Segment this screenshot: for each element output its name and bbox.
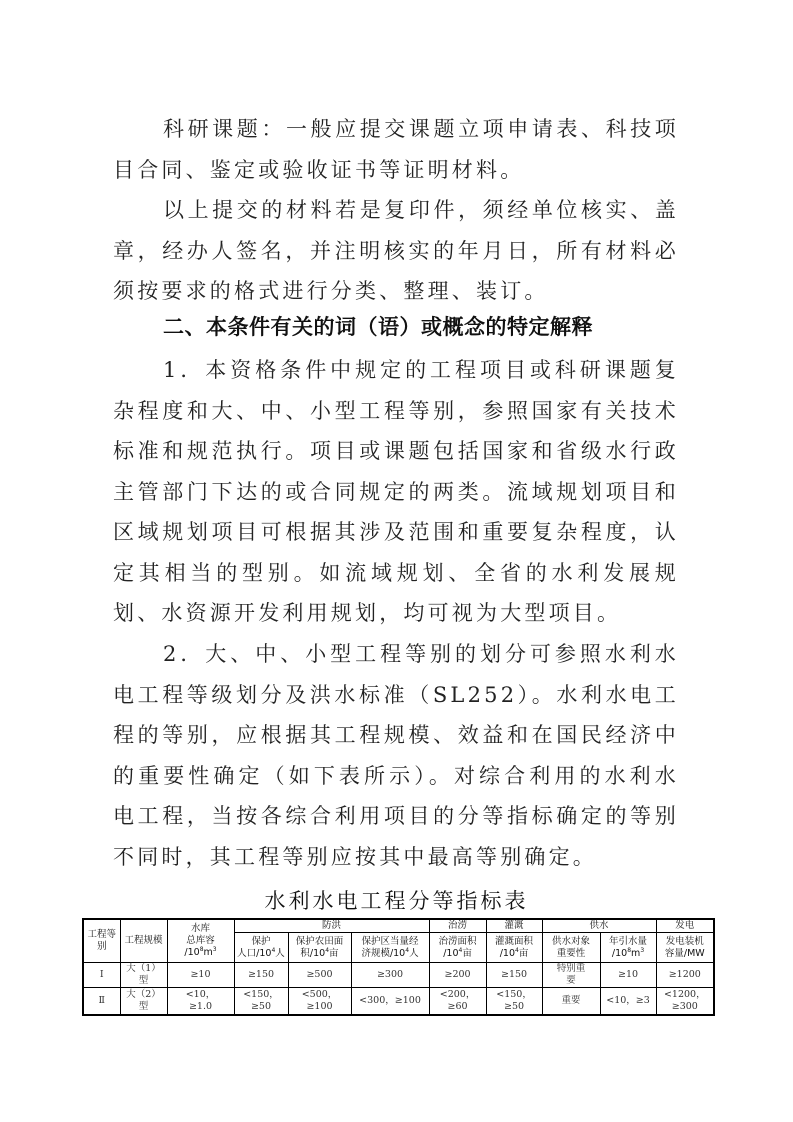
cell-grade: Ⅰ xyxy=(83,963,120,988)
header-reservoir: 水库 总库容 /108m3 xyxy=(167,919,234,963)
header-row-groups: 工程等别 工程规模 水库 总库容 /108m3 防洪 治涝 灌溉 供水 发电 xyxy=(83,919,714,933)
paragraph-copy-verification: 以上提交的材料若是复印件，须经单位核实、盖章，经办人签名，并注明核实的年月日，所… xyxy=(113,190,679,312)
document-page: 科研课题：一般应提交课题立项申请表、科技项目合同、鉴定或验收证书等证明材料。 以… xyxy=(0,0,793,1122)
header-flood-control: 防洪 xyxy=(234,919,429,933)
header-protected-farmland: 保护农田面 积/104亩 xyxy=(288,933,351,963)
header-supply-importance: 供水对象 重要性 xyxy=(542,933,600,963)
cell-installed-capacity: <1200，≥300 xyxy=(656,988,714,1016)
header-irrigation: 灌溉 xyxy=(486,919,542,933)
cell-protected-economy: <300，≥100 xyxy=(351,988,429,1016)
header-scale: 工程规模 xyxy=(120,919,167,963)
cell-installed-capacity: ≥1200 xyxy=(656,963,714,988)
item-1-paragraph: 1．本资格条件中规定的工程项目或科研课题复杂程度和大、中、小型工程等别，参照国家… xyxy=(113,350,679,634)
section-heading: 二、本条件有关的词（语）或概念的特定解释 xyxy=(163,309,593,345)
cell-protected-population: <150，≥50 xyxy=(234,988,288,1016)
item-2-paragraph: 2．大、中、小型工程等别的划分可参照水利水电工程等级划分及洪水标准（SL252）… xyxy=(113,634,679,877)
header-drainage: 治涝 xyxy=(429,919,486,933)
table-title: 水利水电工程分等指标表 xyxy=(0,885,793,915)
cell-drainage-area: <200，≥60 xyxy=(429,988,486,1016)
header-grade: 工程等别 xyxy=(83,919,120,963)
header-annual-diversion: 年引水量 /108m3 xyxy=(600,933,656,963)
grade-classification-table: 工程等别 工程规模 水库 总库容 /108m3 防洪 治涝 灌溉 供水 发电 保… xyxy=(82,918,715,1016)
header-protected-population: 保护 人口/104人 xyxy=(234,933,288,963)
cell-supply-importance: 特别重要 xyxy=(542,963,600,988)
cell-irrigation-area: <150，≥50 xyxy=(486,988,542,1016)
cell-scale: 大（1）型 xyxy=(120,963,167,988)
cell-reservoir-capacity: <10，≥1.0 xyxy=(167,988,234,1016)
cell-protected-economy: ≥300 xyxy=(351,963,429,988)
paragraph-research-materials: 科研课题：一般应提交课题立项申请表、科技项目合同、鉴定或验收证书等证明材料。 xyxy=(113,109,679,190)
header-installed-capacity: 发电装机 容量/MW xyxy=(656,933,714,963)
cell-reservoir-capacity: ≥10 xyxy=(167,963,234,988)
header-power: 发电 xyxy=(656,919,714,933)
cell-protected-farmland: ≥500 xyxy=(288,963,351,988)
cell-scale: 大（2）型 xyxy=(120,988,167,1016)
cell-drainage-area: ≥200 xyxy=(429,963,486,988)
table-row: Ⅰ 大（1）型 ≥10 ≥150 ≥500 ≥300 ≥200 ≥150 特别重… xyxy=(83,963,714,988)
cell-protected-farmland: <500，≥100 xyxy=(288,988,351,1016)
cell-annual-diversion: <10，≥3 xyxy=(600,988,656,1016)
cell-grade: Ⅱ xyxy=(83,988,120,1016)
header-irrigation-area: 灌溉面积 /104亩 xyxy=(486,933,542,963)
cell-irrigation-area: ≥150 xyxy=(486,963,542,988)
header-water-supply: 供水 xyxy=(542,919,656,933)
header-protected-economy: 保护区当量经 济规模/104人 xyxy=(351,933,429,963)
cell-protected-population: ≥150 xyxy=(234,963,288,988)
header-drainage-area: 治涝面积 /104亩 xyxy=(429,933,486,963)
cell-annual-diversion: ≥10 xyxy=(600,963,656,988)
table-row: Ⅱ 大（2）型 <10，≥1.0 <150，≥50 <500，≥100 <300… xyxy=(83,988,714,1016)
cell-supply-importance: 重要 xyxy=(542,988,600,1016)
